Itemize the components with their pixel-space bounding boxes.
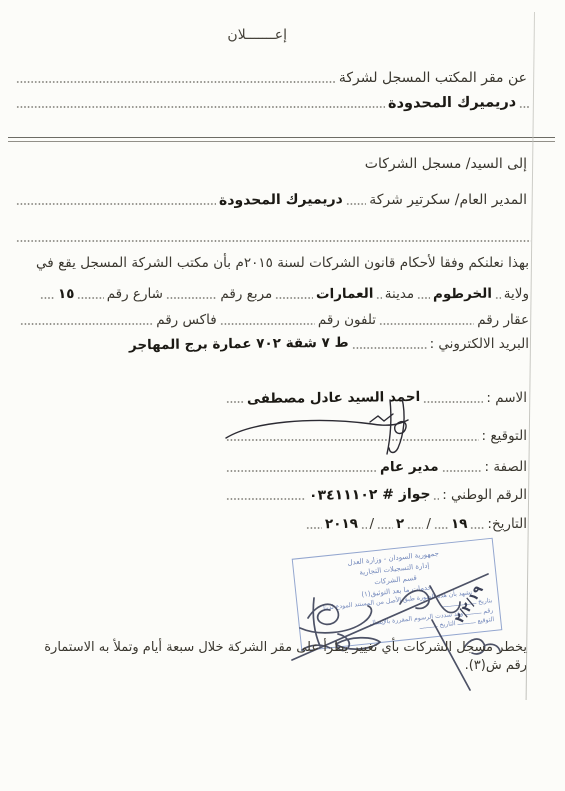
date-separator-2: / (370, 516, 375, 532)
street-number-handwritten: ١٥ (58, 286, 75, 302)
property-label: عقار رقم (477, 312, 529, 328)
dotted-line (16, 240, 531, 242)
dotted-line (407, 527, 423, 529)
dotted-line (16, 81, 336, 83)
dotted-line (361, 527, 367, 529)
capacity-label: الصفة : (485, 459, 527, 475)
dotted-line (16, 203, 216, 205)
dotted-line (40, 297, 55, 299)
dotted-line (275, 297, 312, 299)
dotted-line (377, 527, 393, 529)
company-name-handwritten: دريميرك المحدودة (388, 94, 516, 112)
dotted-line (20, 323, 153, 325)
footer-note-line2: رقم ش(٣). (465, 658, 527, 673)
date-field: التاريخ: ١٩ / ٢ / ٢٠١٩ (290, 516, 527, 532)
dotted-line (442, 470, 482, 472)
dotted-line (226, 470, 377, 472)
dotted-line (346, 203, 366, 205)
gm-secretary-label: المدير العام/ سكرتير شركة (369, 192, 527, 208)
fax-label: فاكس رقم (156, 312, 216, 328)
date-separator: / (426, 516, 431, 532)
dotted-line (77, 297, 103, 299)
dotted-line (16, 106, 385, 108)
national-number-label: الرقم الوطني : (442, 487, 527, 503)
dotted-line (470, 527, 484, 529)
dotted-line (379, 323, 474, 325)
date-label: التاريخ: (487, 516, 527, 532)
dotted-line (495, 297, 501, 299)
dotted-line (166, 297, 217, 299)
section-divider (8, 137, 555, 142)
addressee-label: إلى السيد/ مسجل الشركات (365, 156, 527, 172)
intro-paragraph: بهذا نعلنكم وفقا لأحكام قانون الشركات لس… (36, 255, 529, 271)
gm-secretary-line: المدير العام/ سكرتير شركة دريميرك المحدو… (16, 192, 527, 208)
city-label: مدينة (385, 286, 414, 302)
dotted-line (434, 527, 448, 529)
addressee-line: إلى السيد/ مسجل الشركات (365, 156, 527, 172)
street-label: شارع رقم (107, 286, 163, 302)
date-month-handwritten: ٢ (396, 516, 404, 532)
address-line-2: عقار رقم تلفون رقم فاكس رقم (20, 312, 529, 328)
state-value-handwritten: الخرطوم (433, 286, 492, 303)
email-line: البريد الالكتروني : ط ٧ شقة ٧٠٢ عمارة بر… (129, 336, 529, 352)
date-year-handwritten: ٢٠١٩ (324, 516, 357, 532)
capacity-value-handwritten: مدير عام (380, 459, 439, 476)
phone-label: تلفون رقم (318, 312, 376, 328)
registered-office-label: عن مقر المكتب المسجل لشركة (339, 70, 527, 86)
dotted-line (220, 323, 315, 325)
company-name-line: دريميرك المحدودة (16, 95, 529, 111)
signature-field: التوقيع : (226, 428, 527, 444)
dotted-line (376, 297, 382, 299)
email-label: البريد الالكتروني : (430, 336, 529, 352)
scanned-announcement-form: إعـــــــلان عن مقر المكتب المسجل لشركة … (0, 0, 565, 791)
date-day-handwritten: ١٩ (451, 516, 468, 532)
name-value-handwritten: احمد السيد عادل مصطفى (247, 389, 420, 407)
company-name-handwritten-2: دريميرك المحدودة (219, 191, 343, 209)
empty-dotted-line (16, 240, 531, 245)
dotted-line (226, 498, 306, 500)
form-title: إعـــــــلان (227, 27, 287, 43)
dotted-line (352, 347, 427, 349)
block-label: مربع رقم (220, 286, 272, 302)
national-number-handwritten: جواز # ٠٣٤١١١٠٢ (309, 486, 431, 503)
capacity-field: الصفة : مدير عام (226, 459, 527, 475)
scan-fold-line (526, 12, 536, 700)
city-value-handwritten: العمارات (316, 286, 374, 303)
name-label: الاسم : (486, 390, 527, 406)
national-number-field: الرقم الوطني : جواز # ٠٣٤١١١٠٢ (226, 487, 527, 503)
dotted-line (423, 401, 483, 403)
registered-office-line: عن مقر المكتب المسجل لشركة (16, 70, 527, 86)
signature-label: التوقيع : (482, 428, 527, 444)
footer-note-line1: يخطر مسجل الشركات بأي تغيير يطرأ على مقر… (28, 640, 527, 655)
dotted-line (306, 527, 322, 529)
dotted-line (433, 498, 439, 500)
dotted-line (519, 106, 529, 108)
dotted-line (417, 297, 430, 299)
state-label: ولاية (504, 286, 529, 302)
dotted-line (226, 401, 244, 403)
dotted-line (226, 439, 479, 441)
name-field: الاسم : احمد السيد عادل مصطفى (226, 390, 527, 406)
address-line-1: ولاية الخرطوم مدينة العمارات مربع رقم شا… (40, 286, 529, 302)
address-handwritten: ط ٧ شقة ٧٠٢ عمارة برج المهاجر (129, 335, 349, 354)
